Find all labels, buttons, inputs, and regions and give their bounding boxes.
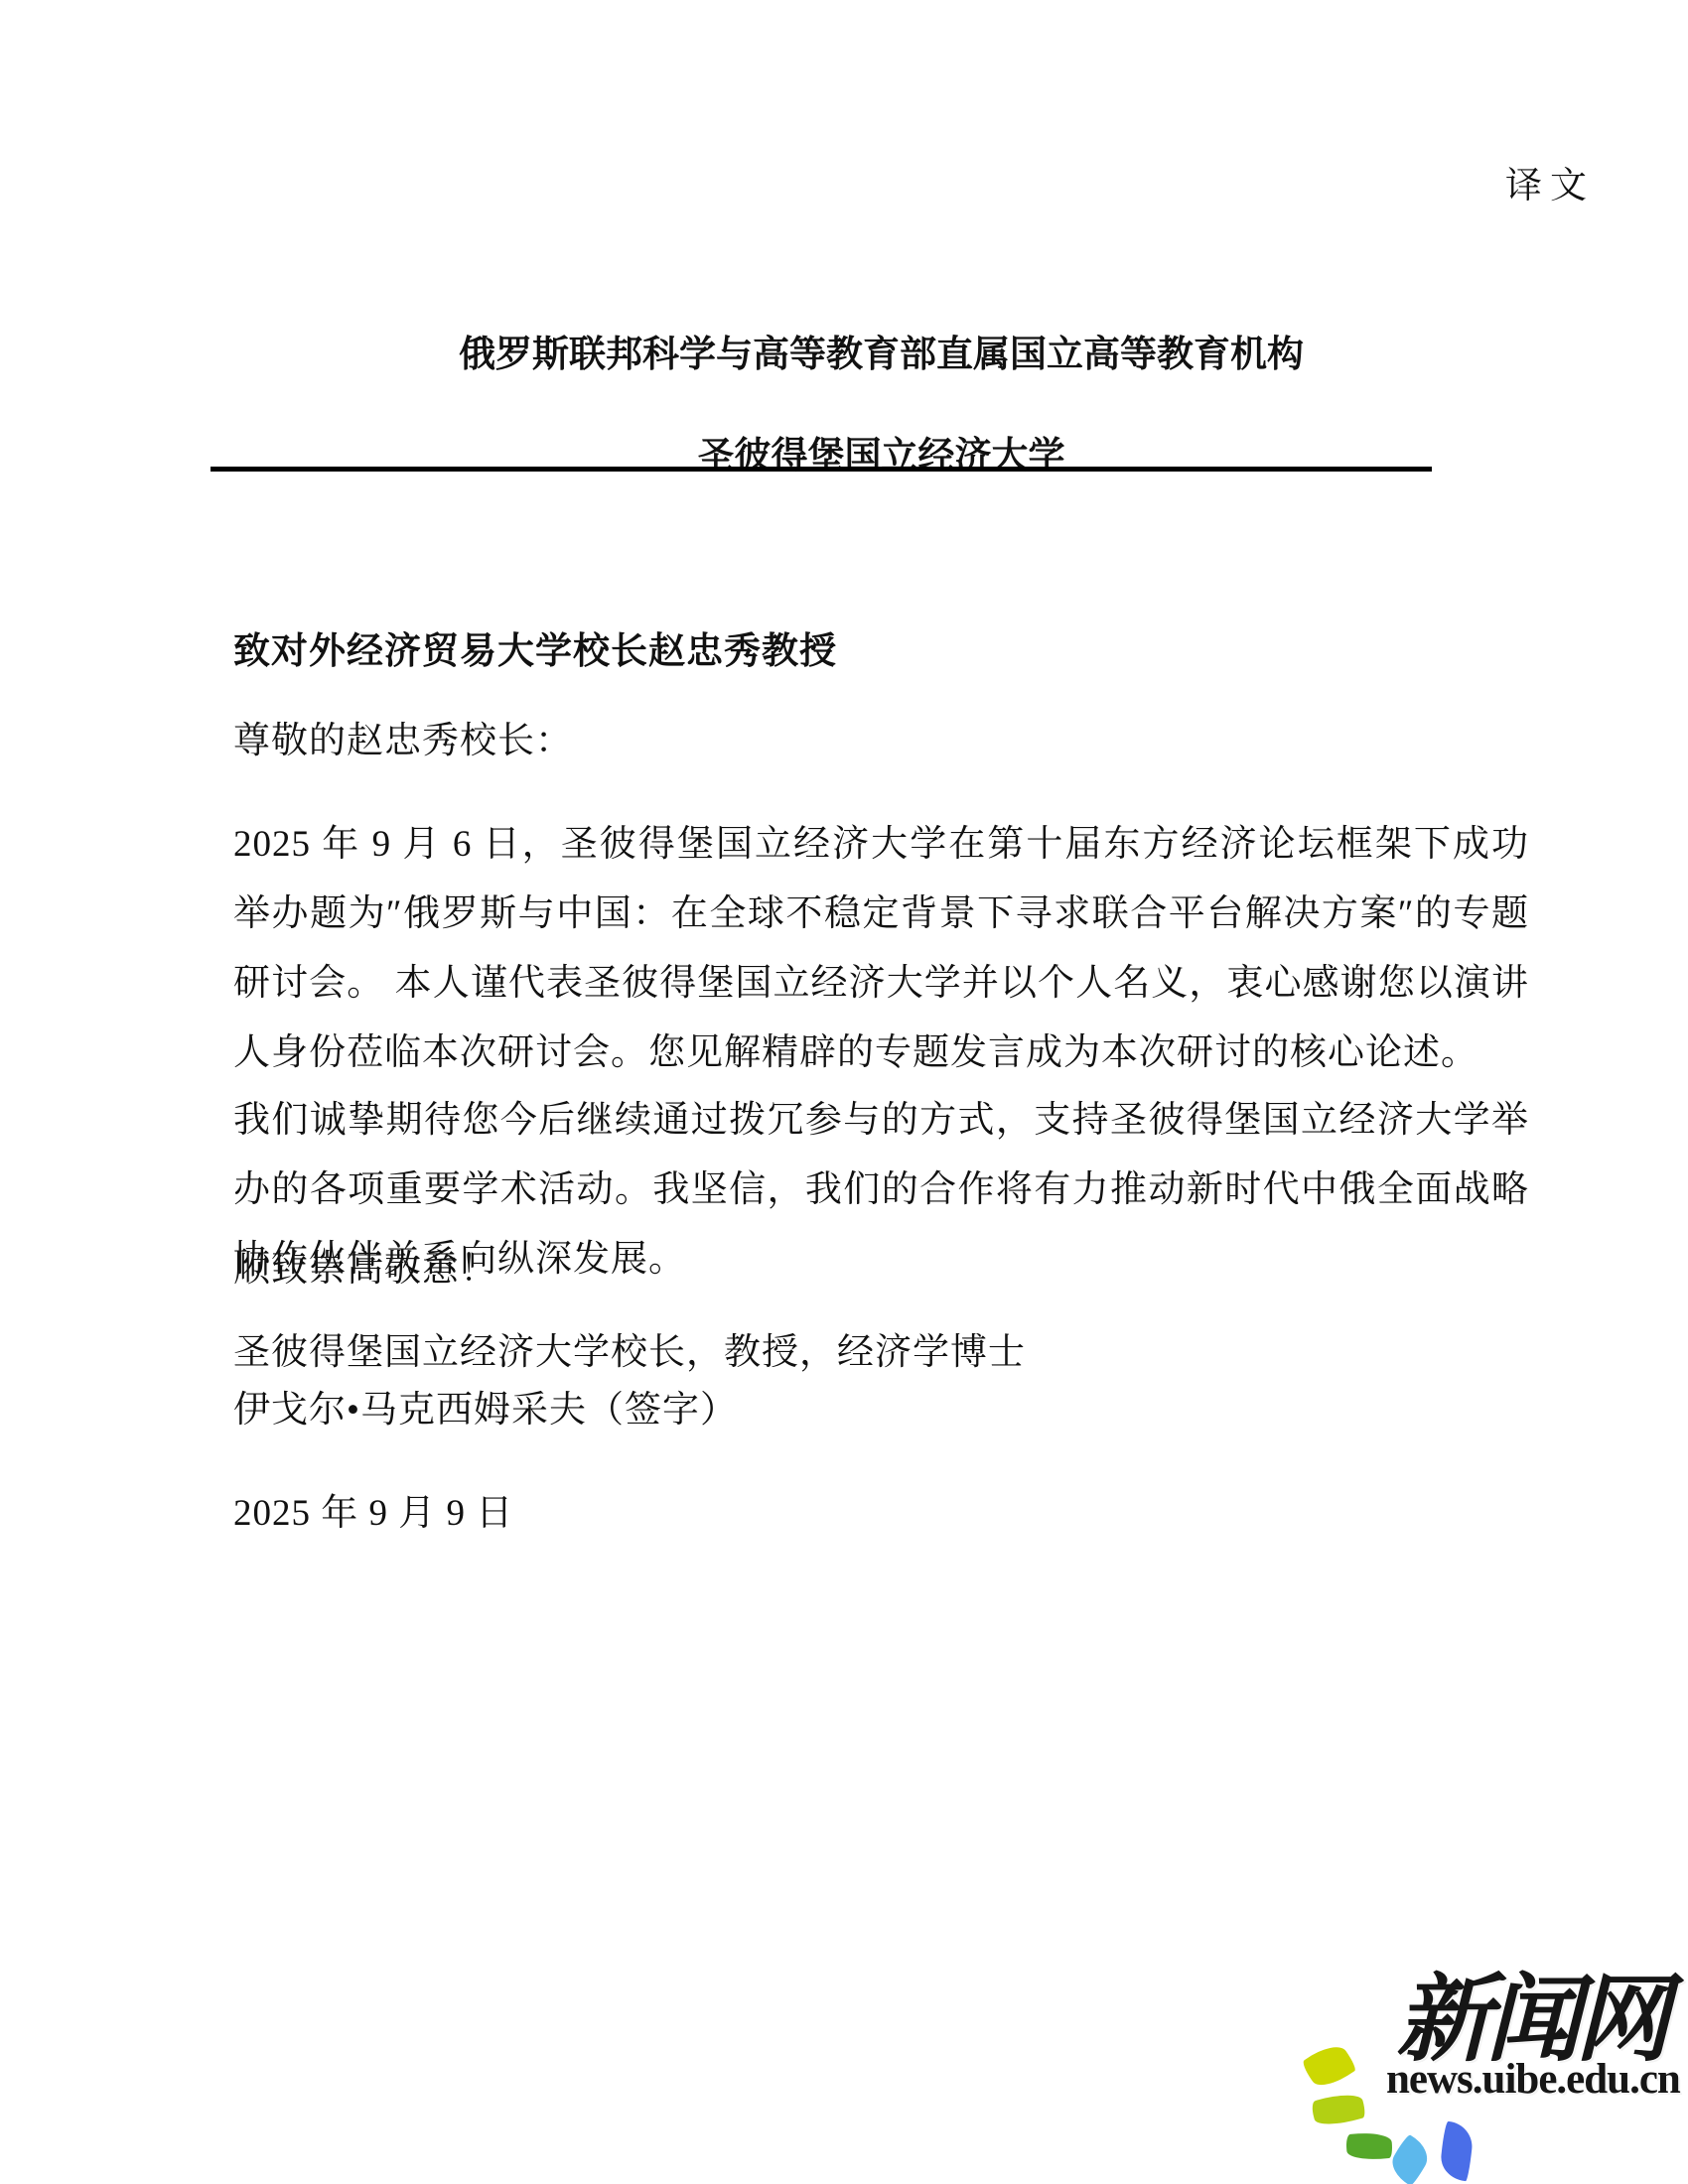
recipient-line: 致对外经济贸易大学校长赵忠秀教授 <box>233 617 1529 687</box>
leaf-icon <box>1310 2088 1367 2130</box>
closing-salute-line: 顺致崇高敬意！ <box>233 1235 1529 1304</box>
letter-date-line: 2025 年 9 月 9 日 <box>233 1479 1529 1549</box>
translation-label: 译文 <box>1505 155 1595 208</box>
news-site-url-text: news.uibe.edu.cn <box>1386 2055 1680 2104</box>
letter-page: 译文 俄罗斯联邦科学与高等教育部直属国立高等教育机构 圣彼得堡国立经济大学 致对… <box>0 0 1688 2184</box>
signature-title-line: 圣彼得堡国立经济大学校长，教授，经济学博士 <box>233 1324 1529 1382</box>
letter-paragraph-1: 2025 年 9 月 6 日，圣彼得堡国立经济大学在第十届东方经济论坛框架下成功… <box>233 810 1529 1088</box>
leaf-icon <box>1345 2130 1394 2163</box>
leaf-icon <box>1300 2038 1358 2095</box>
leaf-icon <box>1439 2121 1475 2182</box>
news-site-watermark: 新闻网 news.uibe.edu.cn <box>1303 1948 1688 2184</box>
signature-name-line: 伊戈尔•马克西姆采夫（签字） <box>233 1382 1529 1439</box>
letterhead-divider-rule <box>211 467 1432 472</box>
salutation-line: 尊敬的赵忠秀校长： <box>233 707 1529 776</box>
leaf-icon <box>1385 2133 1435 2184</box>
letterhead-ministry-line: 俄罗斯联邦科学与高等教育部直属国立高等教育机构 <box>233 324 1529 377</box>
